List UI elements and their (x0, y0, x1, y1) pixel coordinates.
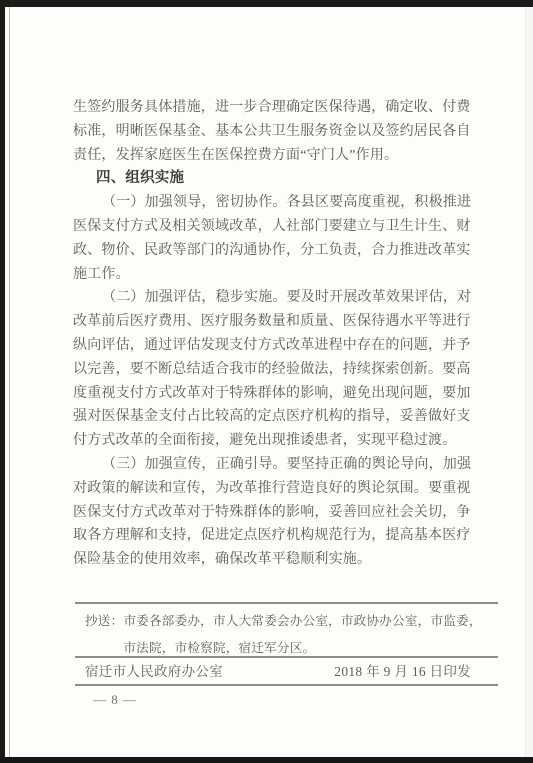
text-line: 标准，明晰医保基金、基本公共卫生服务资金以及签约居民各自 (73, 120, 475, 144)
paragraph-item-3: （三）加强宣传，正确引导。要坚持正确的舆论导向，加强对政策的解读和宣传，为改革推… (73, 453, 475, 572)
footer-rule-bottom (75, 684, 498, 686)
footer-rule-top (75, 602, 498, 604)
issuing-office: 宿迁市人民政府办公室 (85, 660, 223, 683)
cc-label: 抄送： (85, 608, 123, 661)
text-line: 对政策的解读和宣传，为改革推行营造良好的舆论氛围。要重视 (73, 477, 475, 501)
document-page: 生签约服务具体措施，进一步合理确定医保待遇，确定收、付费标准，明晰医保基金、基本… (0, 0, 533, 763)
issuer-row: 宿迁市人民政府办公室 2018 年 9 月 16 日印发 (85, 660, 471, 683)
text-line: 医保支付方式及相关领域改革，人社部门要建立与卫生计生、财 (73, 215, 475, 239)
paragraph-item-1: （一）加强领导，密切协作。各县区要高度重视，积极推进医保支付方式及相关领域改革，… (73, 191, 475, 286)
text-line: 市委各部委办，市人大常委会办公室，市政协办公室，市监委， (123, 608, 481, 635)
text-line: 纵向评估，通过评估发现支付方式改革进程中存在的问题，并予 (73, 334, 475, 358)
text-line: 以完善，要不断总结适合我市的经验做法，持续探索创新。要高 (73, 358, 475, 382)
text-line: （三）加强宣传，正确引导。要坚持正确的舆论导向，加强 (73, 453, 475, 477)
paragraph-continuation: 生签约服务具体措施，进一步合理确定医保待遇，确定收、付费标准，明晰医保基金、基本… (73, 96, 475, 167)
cc-distribution-block: 抄送： 市委各部委办，市人大常委会办公室，市政协办公室，市监委，市法院，市检察院… (85, 608, 495, 661)
text-line: 付方式改革的全面衔接，避免出现推诿患者，实现平稳过渡。 (73, 429, 475, 453)
text-line: 度重视支付方式改革对于特殊群体的影响，避免出现问题，要加 (73, 382, 475, 406)
text-line: （二）加强评估，稳步实施。要及时开展改革效果评估，对 (73, 286, 475, 310)
paragraph-item-2: （二）加强评估，稳步实施。要及时开展改革效果评估，对改革前后医疗费用、医疗服务数… (73, 286, 475, 453)
text-line: 保险基金的使用效率，确保改革平稳顺利实施。 (73, 548, 475, 572)
print-date: 2018 年 9 月 16 日印发 (334, 660, 471, 683)
text-line: 政、物价、民政等部门的沟通协作，分工负责，合力推进改革实 (73, 239, 475, 263)
scan-right-edge-line (525, 7, 526, 757)
section-heading: 四、组织实施 (73, 167, 475, 191)
scan-edge-bottom (0, 757, 533, 763)
scan-edge-left (0, 0, 5, 763)
text-line: （一）加强领导，密切协作。各县区要高度重视，积极推进 (73, 191, 475, 215)
document-body: 生签约服务具体措施，进一步合理确定医保待遇，确定收、付费标准，明晰医保基金、基本… (73, 96, 475, 572)
text-line: 强对医保基金支付占比较高的定点医疗机构的指导，妥善做好支 (73, 405, 475, 429)
page-left-edge-line (9, 7, 10, 757)
footer-rule-middle (75, 656, 498, 658)
text-line: 医保支付方式改革对于特殊群体的影响，妥善回应社会关切，争 (73, 501, 475, 525)
cc-recipients: 市委各部委办，市人大常委会办公室，市政协办公室，市监委，市法院，市检察院，宿迁军… (123, 608, 481, 661)
text-line: 责任，发挥家庭医生在医保控费方面“守门人”作用。 (73, 144, 475, 168)
scan-right-shade (526, 7, 533, 757)
scan-edge-top (0, 0, 533, 7)
text-line: 生签约服务具体措施，进一步合理确定医保待遇，确定收、付费 (73, 96, 475, 120)
text-line: 改革前后医疗费用、医疗服务数量和质量、医保待遇水平等进行 (73, 310, 475, 334)
text-line: 施工作。 (73, 263, 475, 287)
page-number: — 8 — (93, 692, 137, 708)
text-line: 取各方理解和支持，促进定点医疗机构规范行为，提高基本医疗 (73, 524, 475, 548)
